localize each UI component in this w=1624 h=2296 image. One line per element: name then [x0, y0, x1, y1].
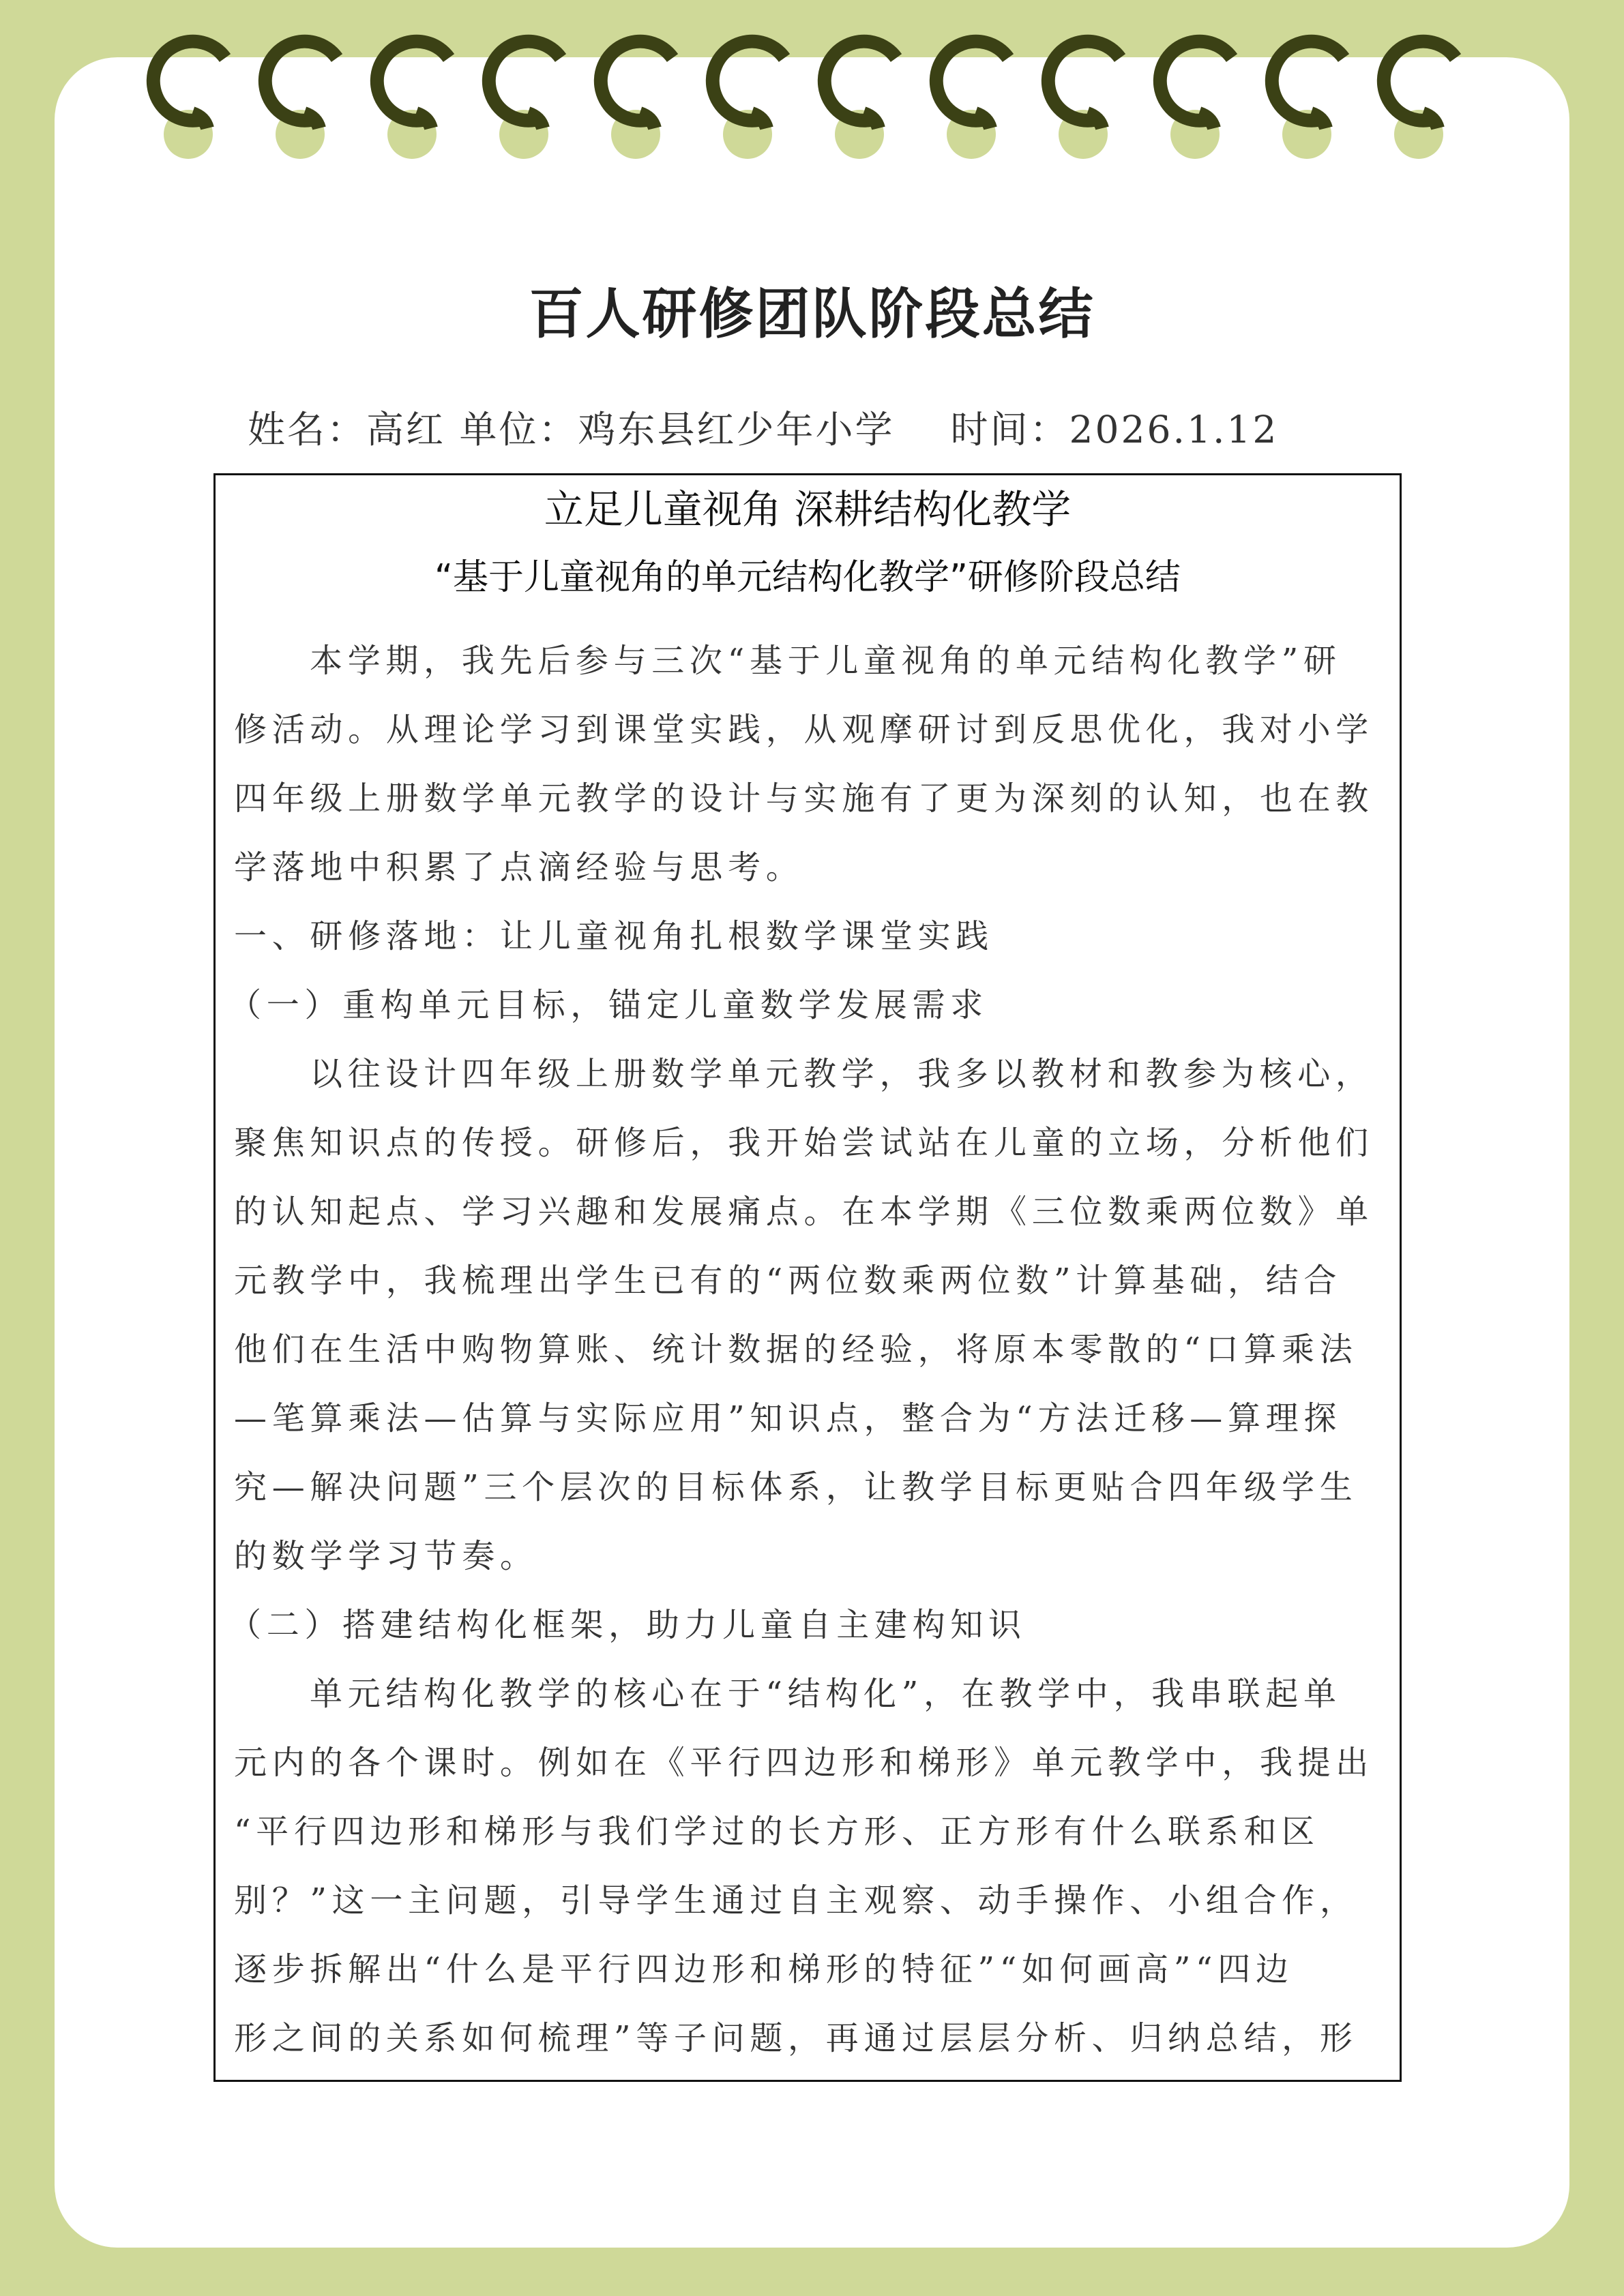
author-info-line: 姓名：高红 单位：鸡东县红少年小学 时间：2026.1.12: [248, 404, 1278, 456]
paragraph-line: 的认知起点、学习兴趣和发展痛点。在本学期《三位数乘两位数》单: [234, 1178, 1374, 1247]
paragraph-line: 元内的各个课时。例如在《平行四边形和梯形》单元教学中，我提出: [234, 1729, 1374, 1798]
paragraph-line: 他们在生活中购物算账、统计数据的经验，将原本零散的“口算乘法: [234, 1315, 1374, 1384]
paragraph-line: 别？”这一主问题，引导学生通过自主观察、动手操作、小组合作，: [234, 1866, 1374, 1935]
paragraph-line: 形之间的关系如何梳理”等子问题，再通过层层分析、归纳总结，形: [234, 2004, 1374, 2073]
author-unit: 鸡东县红少年小学: [578, 408, 895, 451]
paragraph-line: 以往设计四年级上册数学单元教学，我多以教材和教参为核心，: [234, 1040, 1374, 1109]
summary-heading: 立足儿童视角 深耕结构化教学: [216, 482, 1400, 537]
subsection-heading: （二）搭建结构化框架，助力儿童自主建构知识: [228, 1591, 1374, 1660]
summary-box: 立足儿童视角 深耕结构化教学 “基于儿童视角的单元结构化教学”研修阶段总结 本学…: [213, 473, 1402, 2082]
paragraph-line: —笔算乘法—估算与实际应用”知识点，整合为“方法迁移—算理探: [234, 1384, 1374, 1453]
paragraph-line: 单元结构化教学的核心在于“结构化”，在教学中，我串联起单: [234, 1660, 1374, 1729]
unit-label: 单位：: [460, 408, 578, 451]
time-label: 时间：: [950, 408, 1069, 451]
subsection-heading: （一）重构单元目标，锚定儿童数学发展需求: [228, 971, 1374, 1040]
document-date: 2026.1.12: [1069, 408, 1279, 451]
paragraph-line: “平行四边形和梯形与我们学过的长方形、正方形有什么联系和区: [234, 1798, 1374, 1866]
paragraph-line: 究—解决问题”三个层次的目标体系，让教学目标更贴合四年级学生: [234, 1453, 1374, 1522]
name-label: 姓名：: [248, 408, 366, 451]
paragraph-line: 修活动。从理论学习到课堂实践，从观摩研讨到反思优化，我对小学: [234, 696, 1374, 764]
document-title: 百人研修团队阶段总结: [0, 276, 1624, 351]
section-heading: 一、研修落地：让儿童视角扎根数学课堂实践: [234, 902, 1374, 971]
paragraph-line: 元教学中，我梳理出学生已有的“两位数乘两位数”计算基础，结合: [234, 1247, 1374, 1315]
paragraph-line: 四年级上册数学单元教学的设计与实施有了更为深刻的认知，也在教: [234, 764, 1374, 833]
paragraph-line: 聚焦知识点的传授。研修后，我开始尝试站在儿童的立场，分析他们: [234, 1109, 1374, 1178]
author-name: 高红: [366, 408, 445, 451]
summary-body: 本学期，我先后参与三次“基于儿童视角的单元结构化教学”研 修活动。从理论学习到课…: [234, 627, 1374, 2073]
paragraph-line: 逐步拆解出“什么是平行四边形和梯形的特征”“如何画高”“四边: [234, 1935, 1374, 2004]
summary-subtitle: “基于儿童视角的单元结构化教学”研修阶段总结: [216, 552, 1400, 603]
paragraph-line: 学落地中积累了点滴经验与思考。: [234, 833, 1374, 902]
paragraph-line: 本学期，我先后参与三次“基于儿童视角的单元结构化教学”研: [234, 627, 1374, 696]
paragraph-line: 的数学学习节奏。: [234, 1522, 1374, 1591]
